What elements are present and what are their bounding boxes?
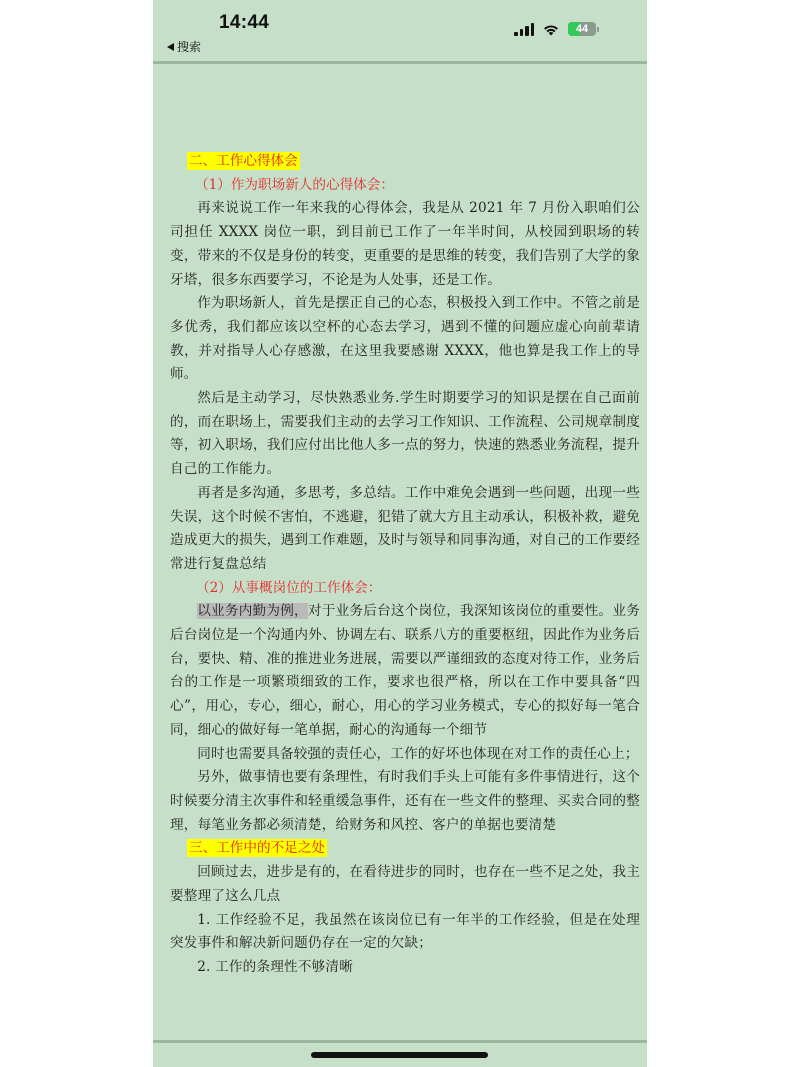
paragraph: 然后是主动学习，尽快熟悉业务.学生时期要学习的知识是摆在自己面前的，而在职场上，… xyxy=(170,387,640,482)
cellular-signal-icon xyxy=(514,23,534,36)
phone-screen: 14:44 搜索 44 二、工作 xyxy=(153,0,647,1067)
back-to-search-button[interactable]: 搜索 xyxy=(167,38,201,55)
list-item: 1. 工作经验不足，我虽然在该岗位已有一年半的工作经验，但是在处理突发事件和解决… xyxy=(170,909,640,956)
header-divider xyxy=(153,61,647,64)
paragraph: 以业务内勤为例，对于业务后台这个岗位，我深知该岗位的重要性。业务后台岗位是一个沟… xyxy=(170,600,640,742)
subsection2-heading: （2）从事概岗位的工作体会： xyxy=(170,577,640,601)
footer-divider xyxy=(153,1040,647,1043)
back-arrow-icon xyxy=(167,43,174,51)
paragraph: 再者是多沟通，多思考，多总结。工作中难免会遇到一些问题，出现一些失误，这个时候不… xyxy=(170,482,640,577)
paragraph: 同时也需要具备较强的责任心，工作的好坏也体现在对工作的责任心上； xyxy=(170,743,640,767)
document-content: 二、工作心得体会 （1）作为职场新人的心得体会： 再来说说工作一年来我的心得体会… xyxy=(170,150,640,980)
status-icons: 44 xyxy=(514,22,599,36)
paragraph: 再来说说工作一年来我的心得体会，我是从 2021 年 7 月份入职咱们公司担任 … xyxy=(170,197,640,292)
battery-cap xyxy=(597,27,599,32)
list-item: 2. 工作的条理性不够清晰 xyxy=(170,956,640,980)
section3-heading: 三、工作中的不足之处 xyxy=(170,837,640,861)
paragraph: 作为职场新人，首先是摆正自己的心态，积极投入到工作中。不管之前是多优秀，我们都应… xyxy=(170,292,640,387)
status-bar: 14:44 搜索 44 xyxy=(153,0,647,62)
back-label: 搜索 xyxy=(177,38,201,55)
home-indicator[interactable] xyxy=(311,1052,488,1058)
battery-level: 44 xyxy=(576,23,588,35)
section2-heading: 二、工作心得体会 xyxy=(170,150,640,174)
subsection1-heading: （1）作为职场新人的心得体会： xyxy=(170,174,640,198)
wifi-icon xyxy=(542,23,560,36)
paragraph: 另外，做事情也要有条理性，有时我们手头上可能有多件事情进行，这个时候要分清主次事… xyxy=(170,766,640,837)
selected-text-highlight[interactable]: 以业务内勤为例， xyxy=(197,603,308,619)
paragraph: 回顾过去，进步是有的，在看待进步的同时，也存在一些不足之处，我主要整理了这么几点 xyxy=(170,861,640,908)
battery-icon: 44 xyxy=(568,22,596,36)
status-time: 14:44 xyxy=(219,12,269,34)
